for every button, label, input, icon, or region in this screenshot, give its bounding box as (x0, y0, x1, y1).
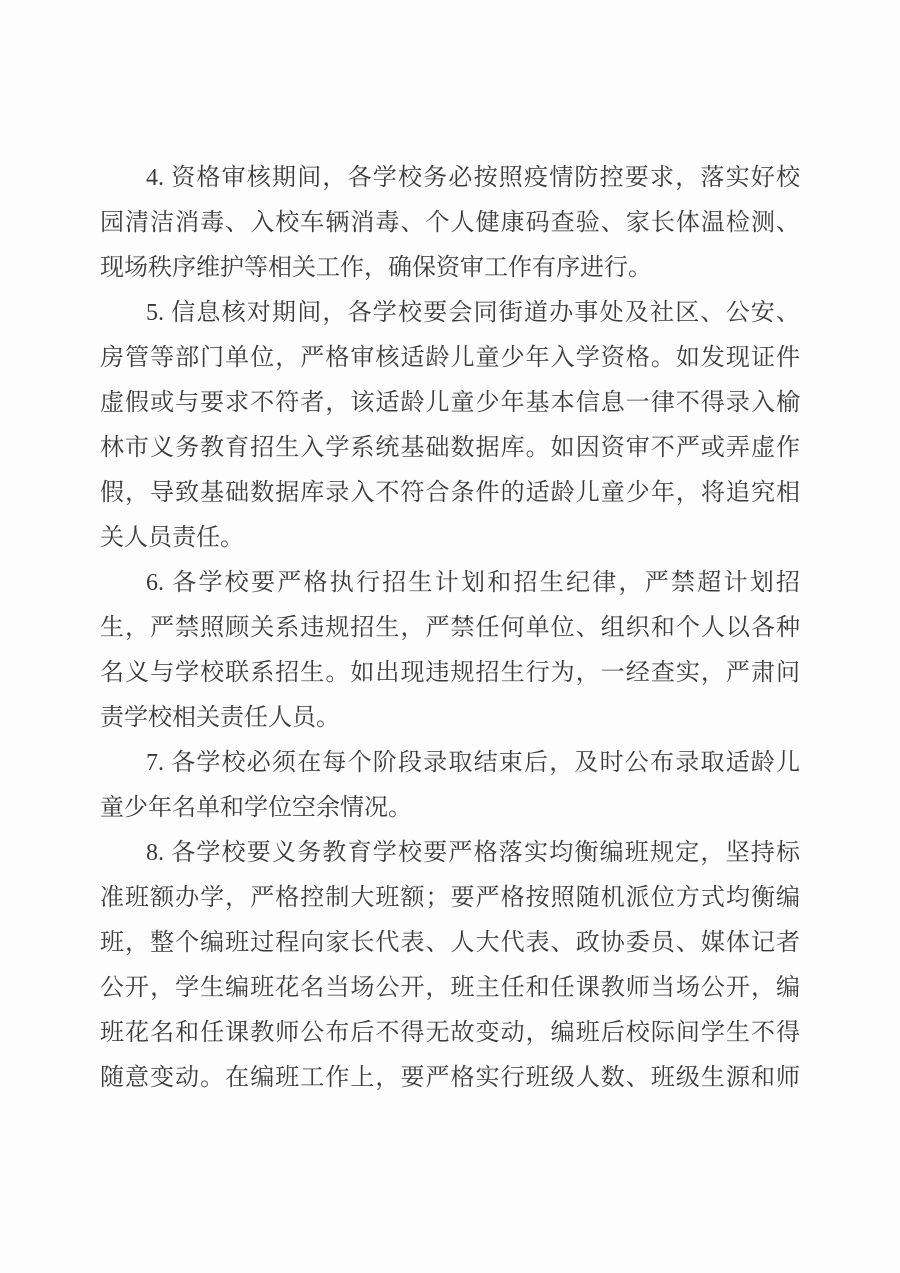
text-line: 关人员责任。 (100, 516, 800, 561)
text-line: 林市义务教育招生入学系统基础数据库。如因资审不严或弄虚作 (100, 426, 800, 471)
text-line: 名义与学校联系招生。如出现违规招生行为，一经查实，严肃问 (100, 651, 800, 696)
text-line: 房管等部门单位，严格审核适龄儿童少年入学资格。如发现证件 (100, 336, 800, 381)
text-line: 现场秩序维护等相关工作，确保资审工作有序进行。 (100, 246, 800, 291)
text-line: 童少年名单和学位空余情况。 (100, 786, 800, 831)
text-line: 4. 资格审核期间，各学校务必按照疫情防控要求，落实好校 (100, 156, 800, 201)
text-line: 班花名和任课教师公布后不得无故变动，编班后校际间学生不得 (100, 1011, 800, 1056)
text-line: 假，导致基础数据库录入不符合条件的适龄儿童少年，将追究相 (100, 471, 800, 516)
paragraph-item-4: 4. 资格审核期间，各学校务必按照疫情防控要求，落实好校 园清洁消毒、入校车辆消… (100, 156, 800, 291)
text-line: 8. 各学校要义务教育学校要严格落实均衡编班规定，坚持标 (100, 831, 800, 876)
text-line: 虚假或与要求不符者，该适龄儿童少年基本信息一律不得录入榆 (100, 381, 800, 426)
text-line: 随意变动。在编班工作上，要严格实行班级人数、班级生源和师 (100, 1056, 800, 1101)
text-line: 生，严禁照顾关系违规招生，严禁任何单位、组织和个人以各种 (100, 606, 800, 651)
document-text-block: 4. 资格审核期间，各学校务必按照疫情防控要求，落实好校 园清洁消毒、入校车辆消… (100, 156, 800, 1101)
text-line: 班，整个编班过程向家长代表、人大代表、政协委员、媒体记者 (100, 921, 800, 966)
paragraph-item-8: 8. 各学校要义务教育学校要严格落实均衡编班规定，坚持标 准班额办学，严格控制大… (100, 831, 800, 1101)
text-line: 准班额办学，严格控制大班额；要严格按照随机派位方式均衡编 (100, 876, 800, 921)
text-line: 5. 信息核对期间，各学校要会同街道办事处及社区、公安、 (100, 291, 800, 336)
text-line: 公开，学生编班花名当场公开，班主任和任课教师当场公开，编 (100, 966, 800, 1011)
text-line: 6. 各学校要严格执行招生计划和招生纪律，严禁超计划招 (100, 561, 800, 606)
text-line: 7. 各学校必须在每个阶段录取结束后，及时公布录取适龄儿 (100, 741, 800, 786)
paragraph-item-7: 7. 各学校必须在每个阶段录取结束后，及时公布录取适龄儿 童少年名单和学位空余情… (100, 741, 800, 831)
text-line: 责学校相关责任人员。 (100, 696, 800, 741)
document-page: 4. 资格审核期间，各学校务必按照疫情防控要求，落实好校 园清洁消毒、入校车辆消… (0, 0, 900, 1273)
paragraph-item-6: 6. 各学校要严格执行招生计划和招生纪律，严禁超计划招 生，严禁照顾关系违规招生… (100, 561, 800, 741)
paragraph-item-5: 5. 信息核对期间，各学校要会同街道办事处及社区、公安、 房管等部门单位，严格审… (100, 291, 800, 561)
text-line: 园清洁消毒、入校车辆消毒、个人健康码查验、家长体温检测、 (100, 201, 800, 246)
